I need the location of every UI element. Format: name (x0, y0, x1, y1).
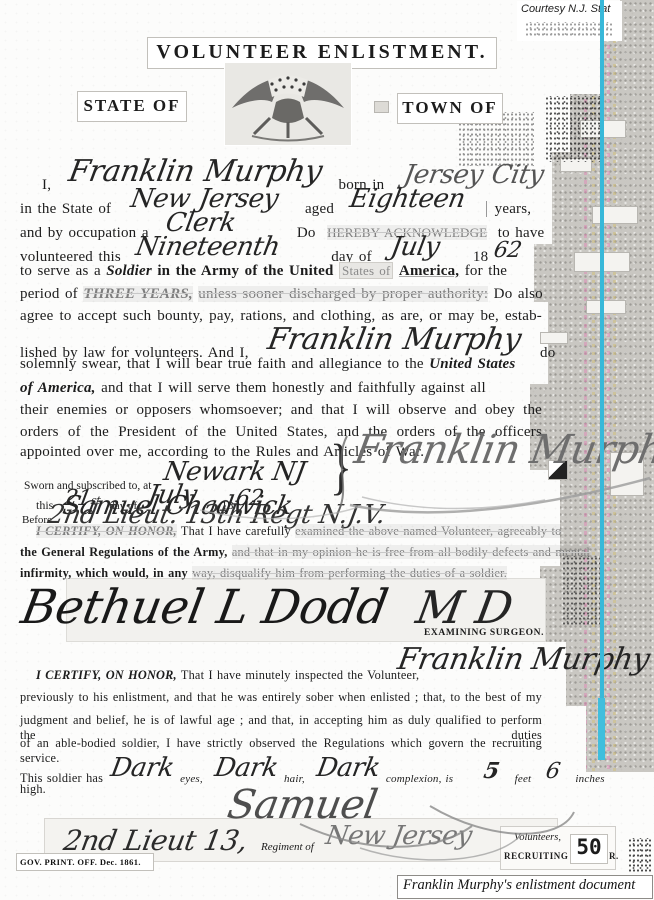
printed-text-faded: and that in my opinion he is free from a… (232, 545, 590, 559)
printed-text: of America, (20, 380, 96, 396)
oath-line-6: period of THREE YEARS, unless sooner dis… (20, 286, 543, 303)
handwritten-month: July (389, 232, 442, 262)
handwritten-signature-suffix: M D (412, 581, 516, 634)
caption-box: Franklin Murphy's enlistment document (397, 875, 653, 899)
handwritten-rank: 2nd Lieut 13, (61, 824, 250, 857)
oath-line-5: to serve as a Soldier in the Army of the… (20, 263, 507, 280)
town-of-box: TOWN OF (397, 93, 503, 124)
handwritten-inches: 6 (543, 759, 561, 784)
printed-text: I CERTIFY, ON HONOR, (36, 524, 177, 538)
printed-text: Regiment of (261, 841, 314, 853)
surgeon-cert-line-1: I CERTIFY, ON HONOR, That I have careful… (36, 524, 561, 539)
recruiter-cert-line-2: previously to his enlistment, and that h… (20, 690, 542, 705)
printed-text: America, (399, 263, 459, 279)
scan-line (600, 0, 604, 758)
eagle-emblem (224, 62, 352, 146)
recruiter-cert-line-1: I CERTIFY, ON HONOR, That I have minutel… (36, 668, 419, 683)
handwritten-age: Eighteen (347, 184, 467, 214)
printed-text: United States (429, 356, 515, 372)
surgeon-signature: Bethuel L Dodd M D (22, 580, 512, 635)
printed-text: feet (515, 773, 532, 785)
brace-glyph: } (330, 432, 352, 503)
printed-text: infirmity, which would, in any (20, 566, 188, 580)
scan-artifact (592, 206, 638, 224)
printed-text: inches (575, 773, 604, 785)
oath-line-10: of America, and that I will serve them h… (20, 380, 486, 397)
state-of-box: STATE OF (77, 91, 187, 122)
printed-text: eyes, (180, 773, 203, 785)
enlistment-scan: Courtesy N.J. Stat VOLUNTEER ENLISTMENT.… (0, 0, 654, 900)
printed-text-faded: examined the above named Volunteer, agre… (295, 524, 561, 538)
printed-text: That I have carefully (181, 524, 291, 538)
printed-text: period of (20, 286, 78, 302)
printed-text-faded: unless sooner discharged by proper autho… (198, 286, 488, 302)
scan-artifact (374, 101, 389, 113)
printed-text: the General Regulations of the Army, (20, 545, 228, 559)
eagle-icon (224, 62, 352, 146)
handwritten-enlist-day: Nineteenth (134, 232, 283, 262)
handwritten-signature: Samuel (224, 782, 381, 828)
printed-text: do (540, 345, 555, 361)
oath-line-11: their enemies or opposers whomsoever; an… (20, 402, 542, 419)
surgeon-cert-line-2: the General Regulations of the Army, and… (20, 545, 590, 560)
printed-text: That I have minutely inspected the Volun… (181, 668, 419, 682)
oath-line-9: solemnly swear, that I will bear true fa… (20, 356, 515, 373)
printed-text: I CERTIFY, ON HONOR, (36, 668, 177, 682)
plate-number-box: 50 (570, 834, 608, 864)
printed-text: THREE YEARS, (83, 286, 193, 302)
handwritten-name: Franklin Murphy (265, 322, 524, 357)
printed-text: in the Army of the United (157, 263, 333, 279)
surgeon-cert-line-3: infirmity, which would, in any way, disq… (20, 566, 507, 581)
plate-number: 50 (576, 835, 601, 859)
printed-text: complexion, is (386, 773, 453, 785)
printed-text: to serve as a (20, 263, 101, 279)
printed-text-faded: way, disqualify him from performing the … (192, 566, 507, 580)
handwritten-complexion: Dark (314, 753, 382, 783)
printed-text: Do also (494, 286, 543, 302)
printed-text: Soldier (106, 263, 152, 279)
printed-text: solemnly swear, that I will bear true fa… (20, 356, 424, 372)
scan-noise (545, 96, 603, 162)
examining-surgeon-label: EXAMINING SURGEON. (424, 628, 544, 638)
courtesy-credit: Courtesy N.J. Stat (517, 1, 622, 15)
handwritten-name: Franklin Murphy (395, 642, 652, 677)
state-of-label: STATE OF (78, 92, 186, 116)
handwritten-signature: Franklin Murphy (351, 427, 654, 473)
handwritten-signature: Bethuel L Dodd (17, 580, 392, 635)
scan-artifact (586, 300, 626, 314)
handwritten-eye-color: Dark (109, 753, 177, 783)
recruiter-signature: Samuel (228, 782, 376, 828)
printed-text: and that I will serve them honestly and … (101, 380, 486, 396)
volunteers-label: Volunteers, (514, 832, 561, 843)
caption-text: Franklin Murphy's enlistment document (398, 876, 652, 894)
scan-noise (628, 838, 652, 872)
printed-text: for the (465, 263, 507, 279)
handwritten-year: 62 (492, 238, 523, 263)
town-of-label: TOWN OF (398, 94, 502, 118)
footer-rank-line: 2nd Lieut 13, Regiment of New Jersey (64, 824, 471, 857)
description-line-2: high. (20, 782, 46, 797)
handwritten-feet: 5 (481, 758, 500, 784)
volunteer-signature: Franklin Murphy (355, 427, 654, 473)
scan-line-end (598, 698, 605, 760)
handwritten-hair-color: Dark (212, 753, 280, 783)
printed-text-faded: States of (339, 262, 393, 279)
page-title: VOLUNTEER ENLISTMENT. (148, 38, 496, 64)
recruiter-volunteer-name: Franklin Murphy (398, 650, 649, 685)
scan-noise (562, 556, 604, 626)
